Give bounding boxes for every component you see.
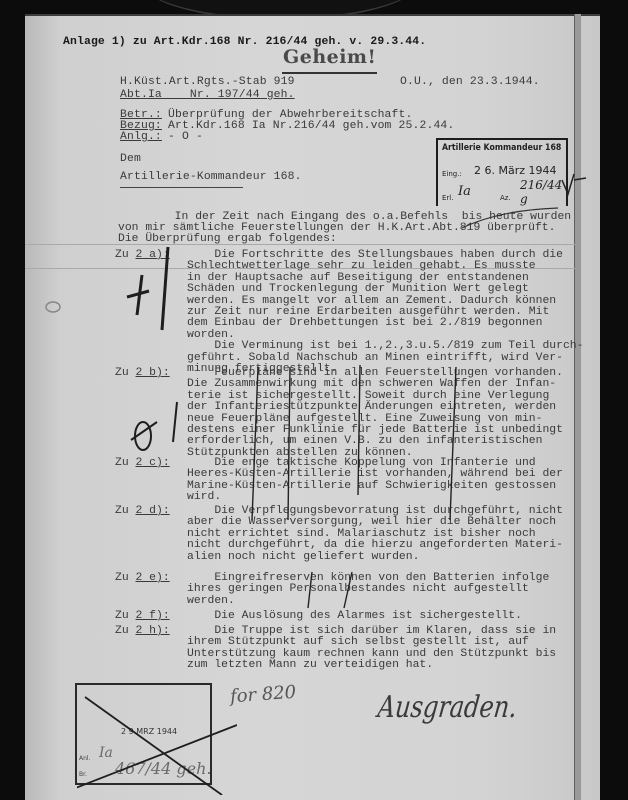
section-line: nicht durchgeführt, da die hierzu angefo… [187, 540, 563, 551]
signature: Ausgraden. [376, 690, 519, 725]
margin-cross-mark-icon [125, 245, 175, 335]
place-date: O.U., den 23.3.1944. [400, 77, 540, 88]
section-line: dem Einbau der Drehbettungen ist bei 2./… [187, 318, 542, 329]
sender-reference: Abt.Ia Nr. 197/44 geh. [120, 90, 295, 101]
enclosures-label: Anlg.: [120, 132, 162, 143]
classification-underline [282, 72, 377, 74]
section-label: Zu 2 f): [115, 611, 170, 622]
recipient-rule [120, 187, 243, 188]
registry-stamp-cancel-cross [77, 685, 237, 795]
registry-stamp: 2 9 MRZ 1944 Anl. Ia Br. 467/44 geh. [75, 683, 212, 785]
section-line: zum letzten Mann zu verteidigen hat. [187, 660, 433, 671]
receipt-stamp: Artillerie Kommandeur 168 Eing.: 2 6. Mä… [436, 138, 568, 206]
section-line: alien noch nicht geliefert wurden. [187, 552, 419, 563]
underline-stroke [460, 200, 580, 230]
margin-initials-mark-icon [125, 400, 185, 470]
section-label: Zu 2 d): [115, 506, 170, 517]
sender-unit: H.Küst.Art.Rgts.-Stab 919 [120, 77, 295, 88]
classification-heading: Geheim! [283, 46, 376, 68]
receipt-stamp-handled-value: Ia [458, 184, 471, 199]
reference-text: Art.Kdr.168 Ia Nr.216/44 geh.vom 25.2.44… [168, 121, 454, 132]
intro-line: Die Überprüfung ergab folgendes: [118, 234, 337, 245]
section-line: Die Verminung ist bei 1.,2.,3.u.5./819 z… [187, 341, 583, 352]
section-label: Zu 2 h): [115, 626, 170, 637]
section-line: werden. [187, 596, 235, 607]
section-label: Zu 2 b): [115, 368, 170, 379]
section-line: wird. [187, 492, 221, 503]
section-label: Zu 2 e): [115, 573, 170, 584]
section-line: Schäden und Trockenlegung der Munition W… [187, 284, 529, 295]
checkmark-icon [560, 168, 590, 198]
strike-marks [240, 365, 550, 525]
receipt-stamp-handled-label: Erl. [442, 194, 453, 202]
page-edge [574, 14, 581, 800]
section-line: Die Auslösung des Alarmes ist sichergest… [187, 611, 522, 622]
receipt-stamp-date: 2 6. März 1944 [474, 164, 557, 177]
strike-marks-e [300, 570, 360, 610]
recipient: Artillerie-Kommandeur 168. [120, 172, 302, 183]
punch-hole-icon [40, 300, 70, 320]
enclosures-text: - O - [168, 132, 203, 143]
recipient-prefix: Dem [120, 154, 141, 165]
receipt-stamp-header: Artillerie Kommandeur 168 [442, 143, 561, 153]
receipt-stamp-received-label: Eing.: [442, 170, 462, 178]
